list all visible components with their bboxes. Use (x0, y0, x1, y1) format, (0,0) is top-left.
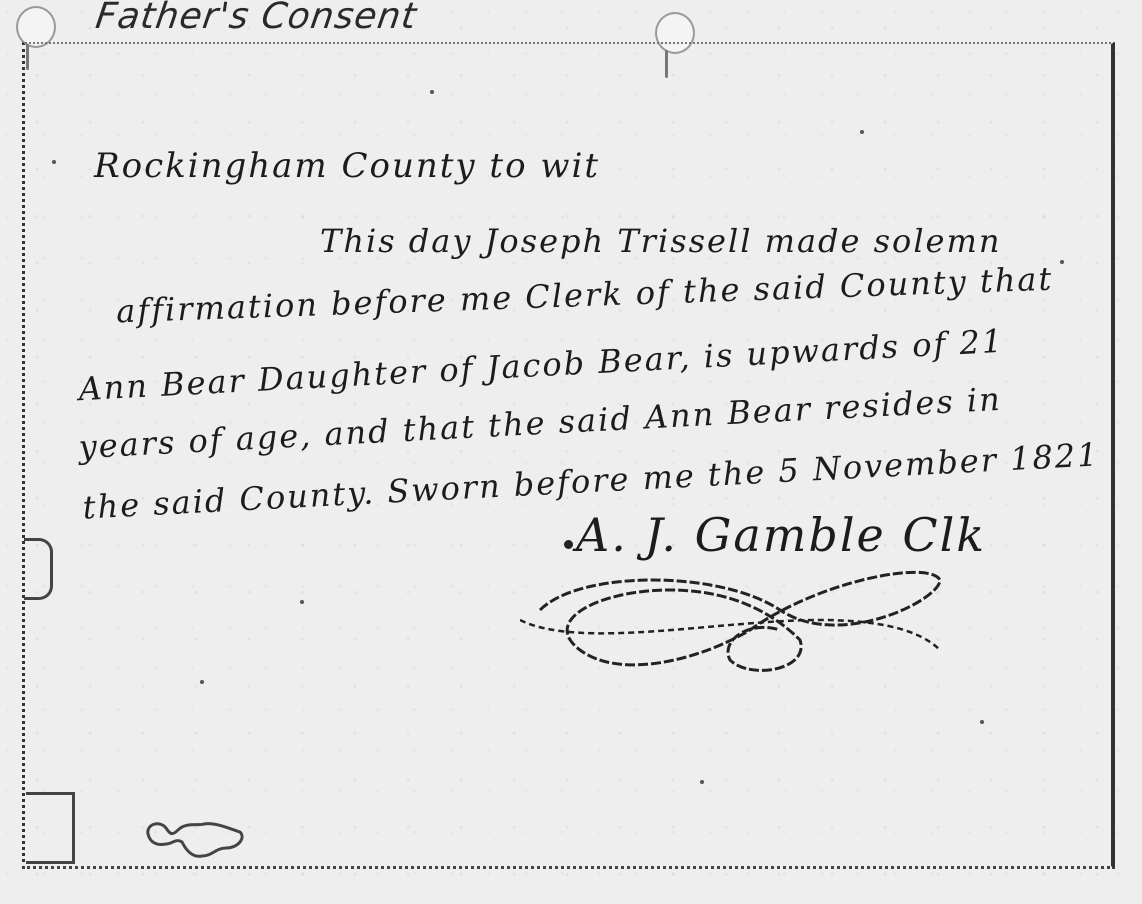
paper-speck (700, 780, 704, 784)
paper-speck (1060, 260, 1064, 264)
paper-speck (980, 720, 984, 724)
county-heading: Rockingham County to wit (94, 146, 600, 186)
signature-flourish-icon (520, 560, 960, 690)
paper-tab-notch-bottom (26, 792, 75, 864)
document-annotation: Father's Consent (93, 0, 419, 37)
body-line-1: This day Joseph Trissell made solemn (320, 222, 1001, 260)
paper-tab-notch-middle (24, 538, 53, 600)
signature-dot (564, 540, 573, 549)
paper-speck (860, 130, 864, 134)
clerk-signature: A. J. Gamble Clk (576, 508, 986, 562)
paper-speck (300, 600, 304, 604)
paper-speck (430, 90, 434, 94)
paper-speck (52, 160, 56, 164)
ink-blot-icon (142, 814, 246, 860)
paper-speck (200, 680, 204, 684)
